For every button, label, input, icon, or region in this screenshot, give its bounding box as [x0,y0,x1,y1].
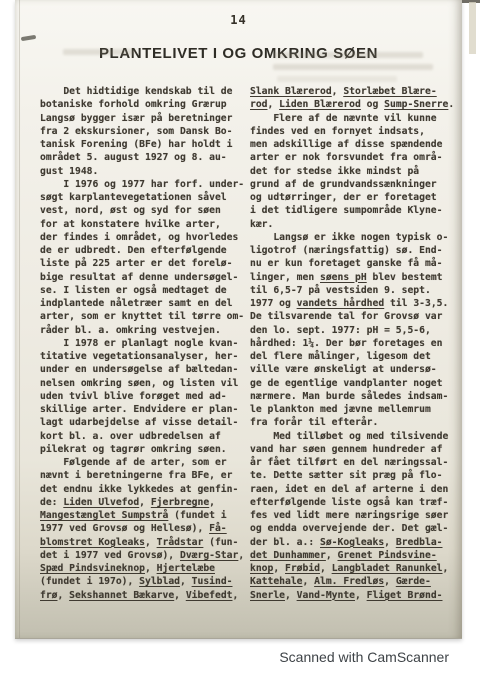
text-line: uden tvivl blive forøget med ad- [40,390,250,403]
text-line: og udtørringer, der er foretaget [250,191,460,204]
text-line: skillige arter. Endvidere er plan- [40,403,250,416]
text-line: de er udbredt. Den efterfølgende [40,244,250,257]
bleed-through-text [63,49,135,55]
text-line: arter, som er knyttet til tørre om- [40,310,250,323]
text-line: raen, idet en del af arterne i den [250,483,460,496]
text-line: gust 1948. [40,165,250,178]
text-line: pilekrat og tagrør omkring søen. [40,443,250,456]
page-number: 14 [15,13,462,27]
text-line: De tilsvarende tal for Grovsø var [250,310,460,323]
pen-mark [21,35,36,41]
text-line: kort bl. a. over udbredelsen af [40,430,250,443]
text-line: Følgende af de arter, som er [40,456,250,469]
text-line: Kattehale, Alm. Fredløs, Gærde- [250,575,460,588]
text-line: tanisk Forening (BFe) har holdt i [40,138,250,151]
text-line: søgt karplantevegetationen såvel [40,191,250,204]
text-line: lagt udarbejdelse af visse detail- [40,416,250,429]
text-line: det Dunhammer, Grenet Pindsvine- [250,549,460,562]
text-line: findes ved en fornyet indsats, [250,125,460,138]
scan-edge-artifact [469,2,476,54]
text-line: frø, Sekshannet Bækarve, Vibefedt, [40,589,250,602]
text-line: vand har søen gennem hundreder af [250,443,460,456]
text-line: bige resultat af denne undersøgel- [40,271,250,284]
text-line: ge de egentlige vandplanter noget [250,377,460,390]
text-line: nærmere. Man burde således indsam- [250,390,460,403]
text-line: de: Liden Ulvefod, Fjerbregne, [40,496,250,509]
text-line: nu er kun foretaget ganske få må- [250,257,460,270]
text-line: til 6,5-7 på vestsiden 9. sept. [250,284,460,297]
text-line: i det tidligere sumpområde Klyne- [250,204,460,217]
text-line: det i 1977 ved Grovsø), Dværg-Star, [40,549,250,562]
text-line: 1977 og vandets hårdhed til 3-3,5. [250,297,460,310]
text-line: Snerle, Vand-Mynte, Fliget Brønd- [250,589,460,602]
text-line: botaniske forhold omkring Grærup [40,98,250,111]
bleed-through-text [273,52,423,58]
text-line: fra forår til efterår. [250,416,460,429]
text-line: Med tilløbet og med tilsivende [250,430,460,443]
text-line: for at konstatere hvilke arter, [40,218,250,231]
left-column: Det hidtidige kendskab til debotaniske f… [40,85,250,602]
bleed-through-text [277,76,397,82]
text-line: Flere af de nævnte vil kunne [250,112,460,125]
text-line: titative vegetationsanalyser, her- [40,350,250,363]
text-line: området 5. august 1927 og 8. au- [40,151,250,164]
text-line: Det hidtidige kendskab til de [40,85,250,98]
text-line: liste på 225 arter er det forelø- [40,257,250,270]
text-line: te. Dette sætter sit præg på flo- [250,469,460,482]
text-line: indplantede nåletræer samt en del [40,297,250,310]
text-line: det endnu ikke lykkedes at genfin- [40,483,250,496]
text-line: linger, men søens pH blev bestemt [250,271,460,284]
text-line: Spæd Pindsvineknop, Hjertelæbe [40,562,250,575]
paper-crease [19,0,20,638]
text-line: men adskillige af disse spændende [250,138,460,151]
text-line: år fået tilført en del næringssal- [250,456,460,469]
text-line: 1977 ved Grovsø og Hellesø), Få- [40,522,250,535]
text-line: arter er nok forsvundet fra områ- [250,151,460,164]
camscanner-watermark: Scanned with CamScanner [279,649,449,665]
bleed-through-text [273,64,433,70]
text-line: I 1976 og 1977 har forf. under- [40,178,250,191]
text-line: og endda overvejende der. Det gæl- [250,522,460,535]
text-line: del flere målinger, ligesom det [250,350,460,363]
text-line: (fundet i 197o), Sylblad, Tusind- [40,575,250,588]
text-line: fes ved lidt mere næringsrige søer [250,509,460,522]
text-line: den lo. sept. 1977: pH = 5,5-6, [250,324,460,337]
paper-sheet: 14 PLANTELIVET I OG OMKRING SØEN Det hid… [15,0,462,639]
text-line: det for stedse ikke mindst på [250,165,460,178]
text-line: efterfølgende liste også kan træf- [250,496,460,509]
text-line: under en undersøgelse af bæltedan- [40,363,250,376]
text-line: grund af de grundvandssænkninger [250,178,460,191]
text-line: nelsen omkring søen, og listen vil [40,377,250,390]
text-line: knop, Frøbid, Langbladet Ranunkel, [250,562,460,575]
text-line: der bl. a.: Sø-Kogleaks, Bredbla- [250,536,460,549]
text-line: se. I listen er også medtaget de [40,284,250,297]
text-line: ville være ønskeligt at undersø- [250,363,460,376]
text-line: Langsø er ikke nogen typisk o- [250,231,460,244]
text-line: nævnt i beretningerne fra BFe, er [40,469,250,482]
right-column: Slank Blærerod, Storlæbet Blære-rod, Lid… [250,85,460,602]
text-line: blomstret Kogleaks, Trådstar (fun- [40,536,250,549]
text-line: Slank Blærerod, Storlæbet Blære- [250,85,460,98]
text-line: I 1978 er planlagt nogle kvan- [40,337,250,350]
text-line: rod, Liden Blærerod og Sump-Snerre. [250,98,460,111]
text-line: fra 2 ekskursioner, som Dansk Bo- [40,125,250,138]
text-line: Langsø bygger især på beretninger [40,112,250,125]
text-line: kær. [250,218,460,231]
text-line: le plankton med jævne mellemrum [250,403,460,416]
text-line: der findes i området, og hvorledes [40,231,250,244]
scanned-document-page: 14 PLANTELIVET I OG OMKRING SØEN Det hid… [0,0,480,679]
text-line: vest, nord, øst og syd for søen [40,204,250,217]
text-line: Mangestænglet Sumpstrå (fundet i [40,509,250,522]
text-line: ligotrof (næringsfattig) sø. End- [250,244,460,257]
text-line: råder bl. a. omkring vestvejen. [40,324,250,337]
text-line: hårdhed: 1¼. Der bør foretages en [250,337,460,350]
